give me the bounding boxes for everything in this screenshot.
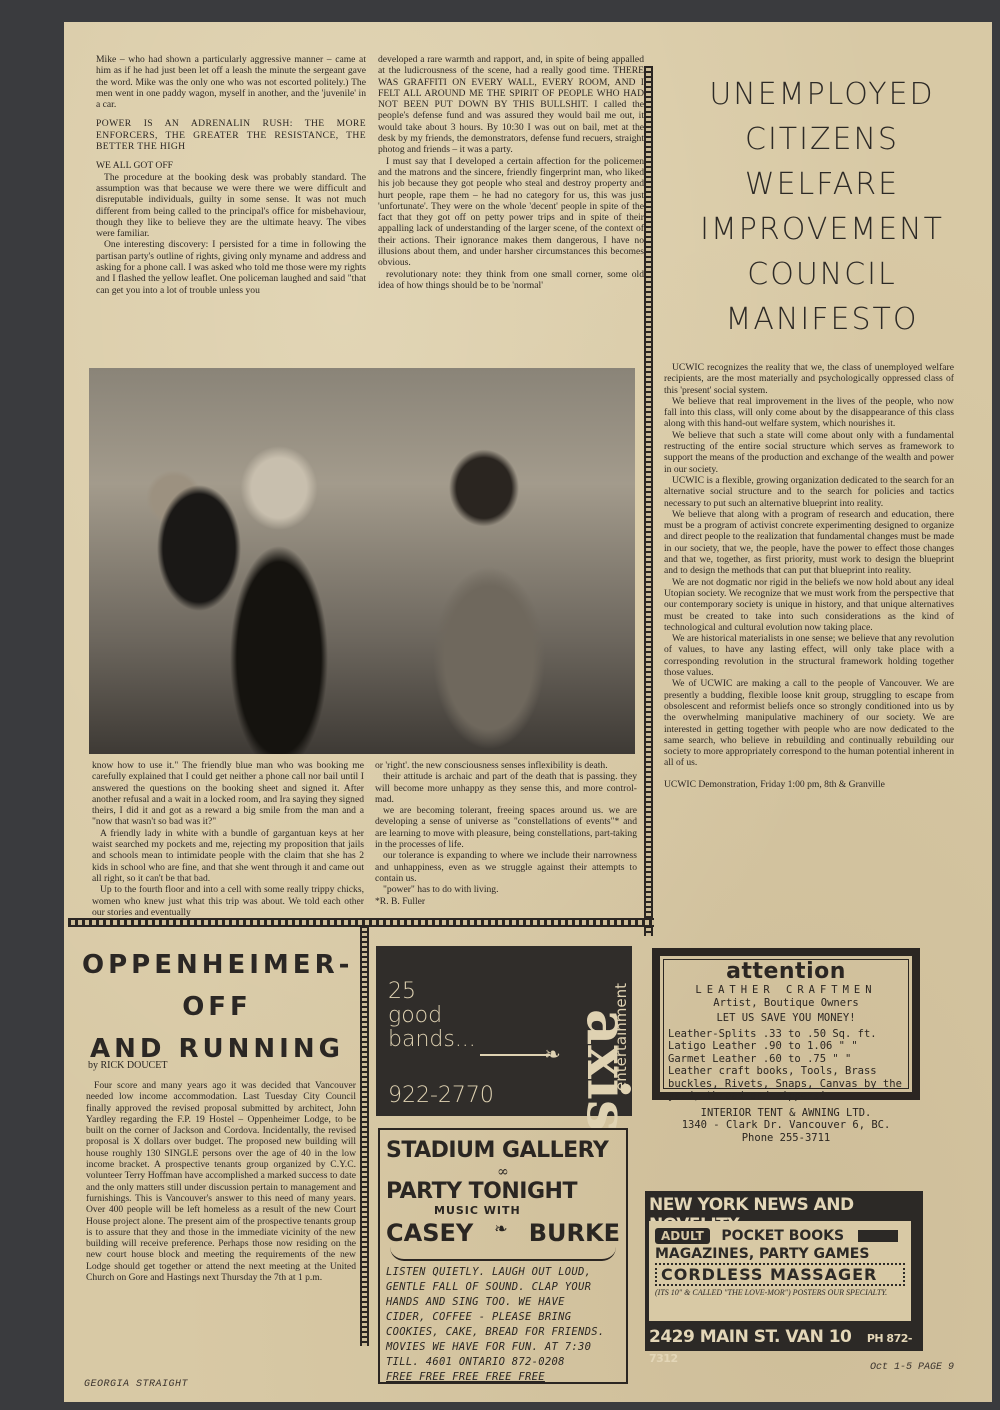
manifesto-title-line: COUNCIL [672, 252, 972, 297]
article-paragraph: know how to use it." The friendly blue m… [92, 760, 364, 828]
black-block [858, 1230, 898, 1242]
oppenheimer-headline: OPPENHEIMER- OFF AND RUNNING [82, 944, 352, 1070]
adult-badge: ADULT [655, 1228, 710, 1244]
article-paragraph: Mike – who had shown a particularly aggr… [96, 54, 366, 110]
byline: by RICK DOUCET [88, 1060, 167, 1071]
price-line: Latigo Leather .90 to 1.06 " " [668, 1040, 904, 1053]
company-name: INTERIOR TENT & AWNING LTD. [668, 1107, 904, 1120]
manifesto-paragraph: UCWIC recognizes the reality that we, th… [664, 362, 954, 396]
performer-right: BURKE [529, 1219, 620, 1247]
page-number: Oct 1-5 PAGE 9 [870, 1362, 954, 1373]
manifesto-paragraph: UCWIC is a flexible, growing organizatio… [664, 475, 954, 509]
article-paragraph: "power" has to do with living. [375, 884, 637, 895]
manifesto-title-line: IMPROVEMENT [672, 207, 972, 252]
article-paragraph: One interesting discovery: I persisted f… [96, 239, 366, 295]
infinity-ornament-icon: ∞ [386, 1165, 620, 1179]
article-paragraph: we are becoming tolerant, freeing spaces… [375, 805, 637, 850]
article-paragraph: revolutionary note: they think from one … [378, 269, 644, 292]
protest-photo [89, 368, 635, 754]
swirl-ornament-icon [390, 1247, 616, 1261]
paper-name: GEORGIA STRAIGHT [84, 1379, 188, 1390]
ny-street: 2429 MAIN ST. VAN 10 [649, 1327, 851, 1347]
article-paragraph: I must say that I developed a certain af… [378, 156, 644, 269]
axis-entertainment-ad: 25 good bands... ❧ 922-2770 axis enterta… [376, 946, 632, 1116]
ad-line: LISTEN QUIETLY. LAUGH OUT LOUD, [386, 1265, 620, 1280]
company-address: 1340 - Clark Dr. Vancouver 6, BC. [668, 1119, 904, 1132]
axis-line: bands... [388, 1028, 476, 1052]
stadium-title: STADIUM GALLERY [386, 1138, 620, 1163]
manifesto-paragraph: We are historical materialists in one se… [664, 633, 954, 678]
ny-address: 2429 MAIN ST. VAN 10 PH 872-7312 [649, 1327, 923, 1367]
party-tonight: PARTY TONIGHT [386, 1179, 620, 1204]
article-column-2-top: developed a rare warmth and rapport, and… [378, 54, 644, 291]
article-paragraph: A friendly lady in white with a bundle o… [92, 828, 364, 884]
ornamental-divider-vertical [360, 926, 369, 1346]
scroll-ornament-icon: ❧ [544, 1042, 561, 1066]
manifesto-paragraph: We believe that along with a program of … [664, 509, 954, 577]
leather-line: Artist, Boutique Owners [668, 997, 904, 1010]
flourish-icon: ❧ [494, 1219, 507, 1247]
article-paragraph: The procedure at the booking desk was pr… [96, 172, 366, 240]
ad-line: CIDER, COFFEE - PLEASE BRING [386, 1310, 620, 1325]
manifesto-body: UCWIC recognizes the reality that we, th… [664, 362, 954, 790]
article-paragraph: our tolerance is expanding to where we i… [375, 850, 637, 884]
manifesto-title-line: MANIFESTO [672, 297, 972, 342]
price-line: Leather-Splits .33 to .50 Sq. ft. [668, 1028, 904, 1041]
stadium-gallery-ad: STADIUM GALLERY ∞ PARTY TONIGHT MUSIC WI… [378, 1128, 628, 1384]
axis-tagline: entertainment [612, 962, 630, 1112]
manifesto-title-line: WELFARE [672, 162, 972, 207]
ad-line: GENTLE FALL OF SOUND. CLAP YOUR [386, 1280, 620, 1295]
manifesto-title-line: CITIZENS [672, 117, 972, 162]
headline-line: OPPENHEIMER- [82, 944, 352, 986]
ny-inner: ADULT POCKET BOOKS MAGAZINES, PARTY GAME… [649, 1221, 911, 1321]
leather-craftmen-ad: attention LEATHER CRAFTMEN Artist, Bouti… [652, 948, 920, 1100]
article-column-1-top: Mike – who had shown a particularly aggr… [96, 54, 366, 296]
arrow-line-icon [480, 1054, 550, 1056]
ad-line: COOKIES, CAKE, BREAD FOR FRIENDS. [386, 1325, 620, 1340]
performer-left: CASEY [386, 1219, 473, 1247]
company-phone: Phone 255-3711 [668, 1132, 904, 1145]
manifesto-paragraph: We believe that such a state will come a… [664, 430, 954, 475]
article-column-1-bottom: know how to use it." The friendly blue m… [92, 760, 364, 918]
axis-bands-text: 25 good bands... [388, 980, 476, 1052]
ad-line: FREE FREE FREE FREE FREE [386, 1370, 620, 1385]
music-with: MUSIC WITH [434, 1204, 620, 1217]
article-paragraph: their attitude is archaic and part of th… [375, 771, 637, 805]
manifesto-paragraph: We of UCWIC are making a call to the peo… [664, 678, 954, 768]
ad-line: HANDS AND SING TOO. WE HAVE [386, 1295, 620, 1310]
demonstration-notice: UCWIC Demonstration, Friday 1:00 pm, 8th… [664, 779, 954, 790]
leather-line: LEATHER CRAFTMEN [668, 984, 904, 997]
ornamental-divider-vertical [644, 66, 653, 936]
article-paragraph: developed a rare warmth and rapport, and… [378, 54, 644, 156]
performers: CASEY ❧ BURKE [386, 1219, 620, 1247]
pocket-books: POCKET BOOKS [721, 1228, 844, 1244]
axis-logo: axis [574, 1009, 640, 1119]
supplies-text: Leather craft books, Tools, Brass buckle… [668, 1065, 904, 1103]
manifesto-paragraph: We believe that real improvement in the … [664, 396, 954, 430]
ny-note: (ITS 10" & CALLED "THE LOVE-MOR") POSTER… [655, 1288, 905, 1297]
ad-line: TILL. 4601 ONTARIO 872-0208 [386, 1355, 620, 1370]
article-paragraph: Up to the fourth floor and into a cell w… [92, 884, 364, 918]
oppenheimer-body: Four score and many years ago it was dec… [86, 1080, 356, 1283]
axis-phone: 922-2770 [388, 1083, 494, 1108]
new-york-news-ad: NEW YORK NEWS AND NOVELITY ADULT POCKET … [645, 1191, 923, 1351]
cordless-massager: CORDLESS MASSAGER [655, 1263, 905, 1286]
attention-headline: attention [668, 960, 904, 984]
ad-line: MOVIES WE HAVE FOR FUN. AT 7:30 [386, 1340, 620, 1355]
leather-line: LET US SAVE YOU MONEY! [668, 1012, 904, 1025]
manifesto-title-line: UNEMPLOYED [672, 72, 972, 117]
article-paragraph: Four score and many years ago it was dec… [86, 1080, 356, 1283]
manifesto-paragraph: We are not dogmatic nor rigid in the bel… [664, 577, 954, 633]
footnote: *R. B. Fuller [375, 896, 637, 907]
article-subhead: WE ALL GOT OFF [96, 160, 366, 171]
axis-line: good [388, 1004, 476, 1028]
stadium-body: LISTEN QUIETLY. LAUGH OUT LOUD, GENTLE F… [386, 1265, 620, 1385]
article-subhead: POWER IS AN ADRENALIN RUSH: THE MORE ENF… [96, 118, 366, 152]
article-paragraph: or 'right'. the new consciousness senses… [375, 760, 637, 771]
magazines: MAGAZINES, PARTY GAMES [655, 1246, 905, 1262]
manifesto-title: UNEMPLOYED CITIZENS WELFARE IMPROVEMENT … [672, 72, 972, 342]
headline-line: OFF [82, 986, 352, 1028]
axis-line: 25 [388, 980, 476, 1004]
price-line: Garmet Leather .60 to .75 " " [668, 1053, 904, 1066]
article-column-2-bottom: or 'right'. the new consciousness senses… [375, 760, 637, 907]
newspaper-page: Mike – who had shown a particularly aggr… [64, 22, 992, 1402]
